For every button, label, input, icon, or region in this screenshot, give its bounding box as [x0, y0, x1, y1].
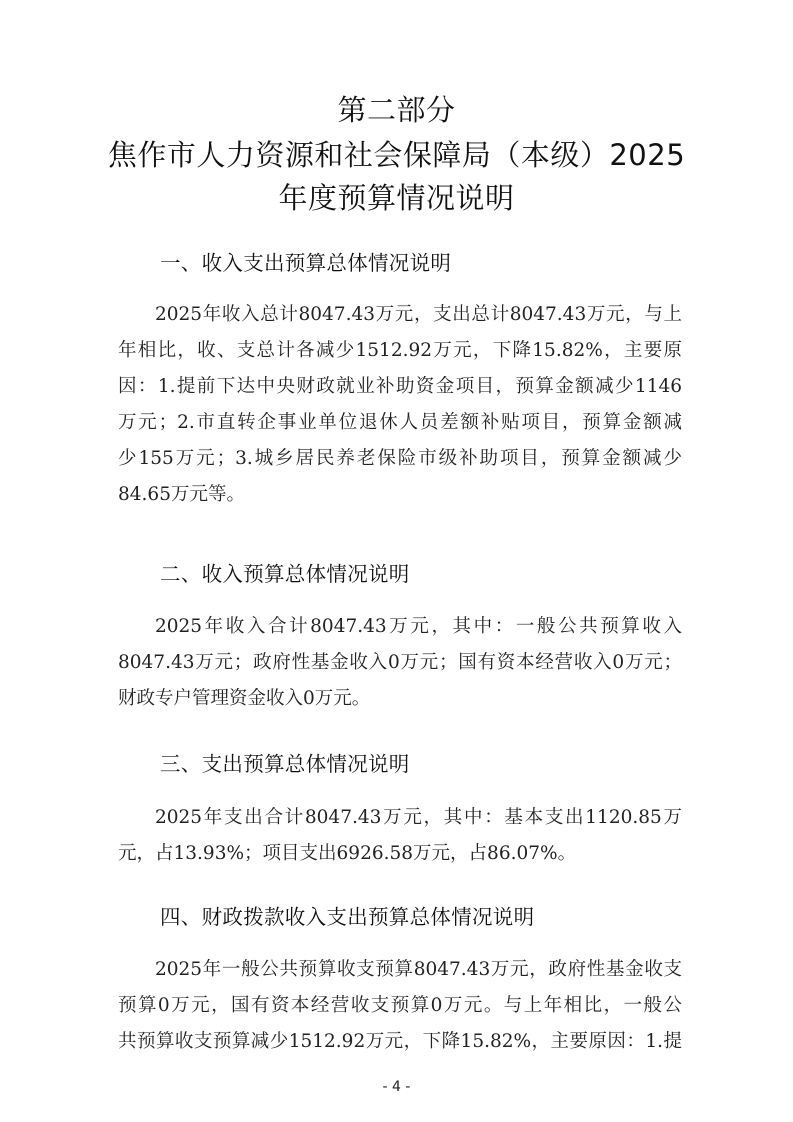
section-heading-1: 一、收入支出预算总体情况说明 — [160, 246, 451, 276]
paragraph-line: 年相比，收、支总计各减少1512.92万元，下降15.82%，主要原 — [118, 338, 682, 364]
paragraph-line: 84.65万元等。 — [118, 482, 682, 508]
document-title-line-1: 焦作市人力资源和社会保障局（本级）2025 — [0, 133, 793, 174]
page-number: - 4 - — [0, 1079, 793, 1095]
paragraph-line: 少155万元；3.城乡居民养老保险市级补助项目，预算金额减少 — [118, 446, 682, 472]
paragraph-line: 财政专户管理资金收入0万元。 — [118, 686, 682, 712]
document-page: 第二部分 焦作市人力资源和社会保障局（本级）2025 年度预算情况说明 一、收入… — [0, 0, 793, 1122]
paragraph-line: 预算0万元，国有资本经营收支预算0万元。与上年相比，一般公 — [118, 993, 682, 1019]
paragraph-line: 因：1.提前下达中央财政就业补助资金项目，预算金额减少1146 — [118, 374, 682, 400]
paragraph-line: 2025年收入总计8047.43万元，支出总计8047.43万元，与上 — [155, 302, 682, 328]
paragraph-line: 8047.43万元；政府性基金收入0万元；国有资本经营收入0万元； — [118, 650, 682, 676]
document-title-line-2: 年度预算情况说明 — [0, 176, 793, 217]
paragraph-line: 万元；2.市直转企事业单位退休人员差额补贴项目，预算金额减 — [118, 410, 682, 436]
paragraph-line: 2025年收入合计8047.43万元，其中：一般公共预算收入 — [155, 614, 682, 640]
paragraph-line: 元，占13.93%；项目支出6926.58万元，占86.07%。 — [118, 841, 682, 867]
part-title: 第二部分 — [0, 88, 793, 129]
paragraph-line: 共预算收支预算减少1512.92万元，下降15.82%，主要原因：1.提 — [118, 1029, 682, 1055]
paragraph-line: 2025年支出合计8047.43万元，其中：基本支出1120.85万 — [155, 805, 682, 831]
section-heading-3: 三、支出预算总体情况说明 — [160, 747, 410, 777]
section-heading-4: 四、财政拨款收入支出预算总体情况说明 — [160, 900, 534, 930]
section-heading-2: 二、收入预算总体情况说明 — [160, 557, 410, 587]
paragraph-line: 2025年一般公共预算收支预算8047.43万元，政府性基金收支 — [155, 957, 682, 983]
